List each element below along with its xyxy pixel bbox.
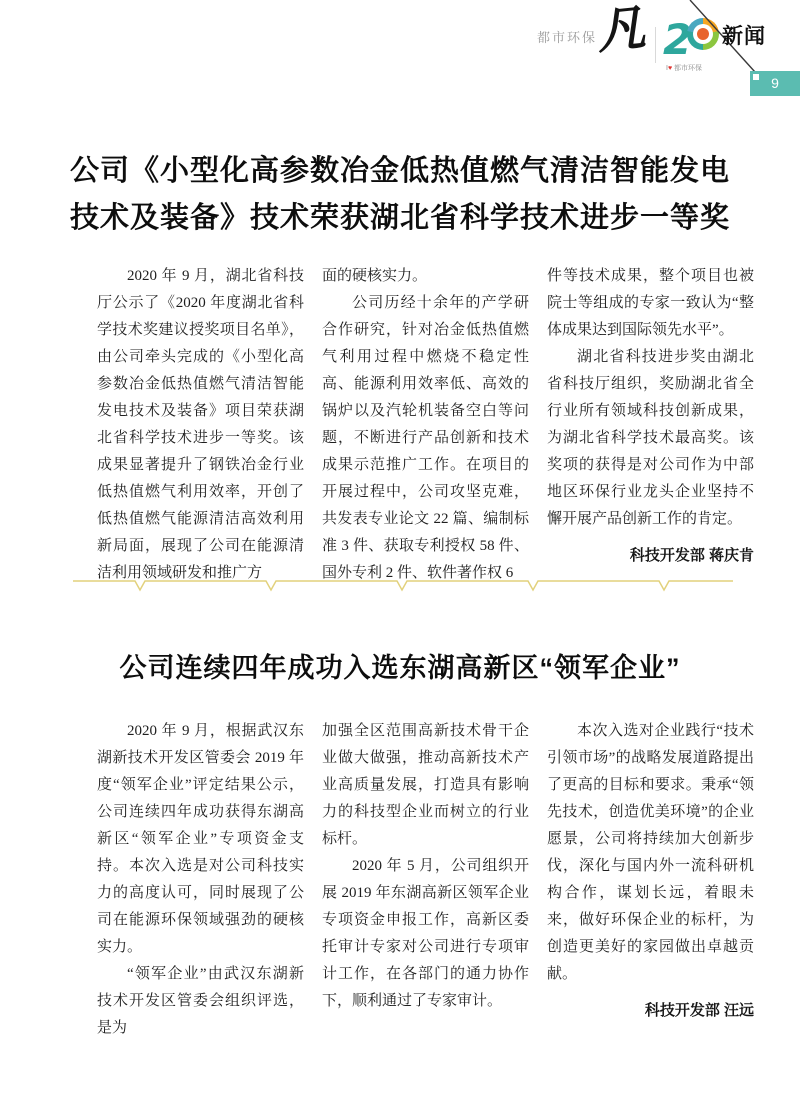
article1-title: 公司《小型化高参数冶金低热值燃气清洁智能发电 技术及装备》技术荣获湖北省科学技术… — [40, 148, 760, 242]
article2-title: 公司连续四年成功入选东湖高新区“领军企业” — [40, 650, 760, 686]
article1-column-2: 面的硬核实力。 公司历经十余年的产学研合作研究，针对冶金低热值燃气利用过程中燃烧… — [322, 263, 529, 587]
section-divider — [73, 579, 733, 593]
brand-name-label: 都市环保 — [537, 27, 597, 46]
anniversary-20-logo: 2 — [663, 18, 719, 60]
article-paragraph: 2020 年 9 月，湖北省科技厅公示了《2020 年度湖北省科学技术奖建议授奖… — [97, 263, 304, 587]
logo-ring-0-icon — [687, 18, 719, 50]
article1-column-3: 件等技术成果，整个项目也被院士等组成的专家一致认为“整体成果达到国际领先水平”。… — [547, 263, 754, 587]
article2-body: 2020 年 9 月，根据武汉东湖新技术开发区管委会 2019 年度“领军企业”… — [97, 718, 754, 1042]
article-paragraph: 本次入选对企业践行“技术引领市场”的战略发展道路提出了更高的目标和要求。秉承“领… — [547, 718, 754, 988]
logo-divider — [655, 27, 656, 63]
brand-calligraphy-mark: 凡 — [594, 0, 648, 62]
tagline-brand: 都市环保 — [672, 65, 702, 72]
article1-title-line2: 技术及装备》技术荣获湖北省科学技术进步一等奖 — [40, 195, 760, 242]
article-paragraph: 公司历经十余年的产学研合作研究，针对冶金低热值燃气利用过程中燃烧不稳定性高、能源… — [322, 290, 529, 587]
article-paragraph: 加强全区范围高新技术骨干企业做大做强，推动高新技术产业高质量发展，打造具有影响力… — [322, 718, 529, 853]
article1-column-1: 2020 年 9 月，湖北省科技厅公示了《2020 年度湖北省科学技术奖建议授奖… — [97, 263, 304, 587]
article2-byline: 科技开发部 汪远 — [547, 997, 754, 1024]
article-paragraph: 2020 年 9 月，根据武汉东湖新技术开发区管委会 2019 年度“领军企业”… — [97, 718, 304, 961]
article2-column-1: 2020 年 9 月，根据武汉东湖新技术开发区管委会 2019 年度“领军企业”… — [97, 718, 304, 1042]
article-paragraph: 面的硬核实力。 — [322, 263, 529, 290]
article-paragraph: 湖北省科技进步奖由湖北省科技厅组织，奖励湖北省全行业所有领域科技创新成果，为湖北… — [547, 344, 754, 533]
article2-column-2: 加强全区范围高新技术骨干企业做大做强，推动高新技术产业高质量发展，打造具有影响力… — [322, 718, 529, 1042]
article-paragraph: 件等技术成果，整个项目也被院士等组成的专家一致认为“整体成果达到国际领先水平”。 — [547, 263, 754, 344]
article-paragraph: “领军企业”由武汉东湖新技术开发区管委会组织评选，是为 — [97, 961, 304, 1042]
logo-tagline: I♥ 都市环保 — [666, 63, 702, 73]
article1-title-line1: 公司《小型化高参数冶金低热值燃气清洁智能发电 — [40, 148, 760, 195]
article1-body: 2020 年 9 月，湖北省科技厅公示了《2020 年度湖北省科学技术奖建议授奖… — [97, 263, 754, 587]
section-label-news: 新闻 — [722, 20, 766, 50]
article1-byline: 科技开发部 蒋庆肯 — [547, 542, 754, 569]
page-number-tab: 9 — [750, 71, 800, 96]
newsletter-page: 都市环保 凡 2 I♥ 都市环保 新闻 9 公司《小型化高参数冶金低热值燃气清洁… — [0, 0, 800, 1100]
article2-column-3: 本次入选对企业践行“技术引领市场”的战略发展道路提出了更高的目标和要求。秉承“领… — [547, 718, 754, 1042]
article-paragraph: 2020 年 5 月，公司组织开展 2019 年东湖高新区领军企业专项资金申报工… — [322, 853, 529, 1015]
page-number: 9 — [750, 75, 800, 91]
article2-title-line: 公司连续四年成功入选东湖高新区“领军企业” — [40, 650, 760, 686]
